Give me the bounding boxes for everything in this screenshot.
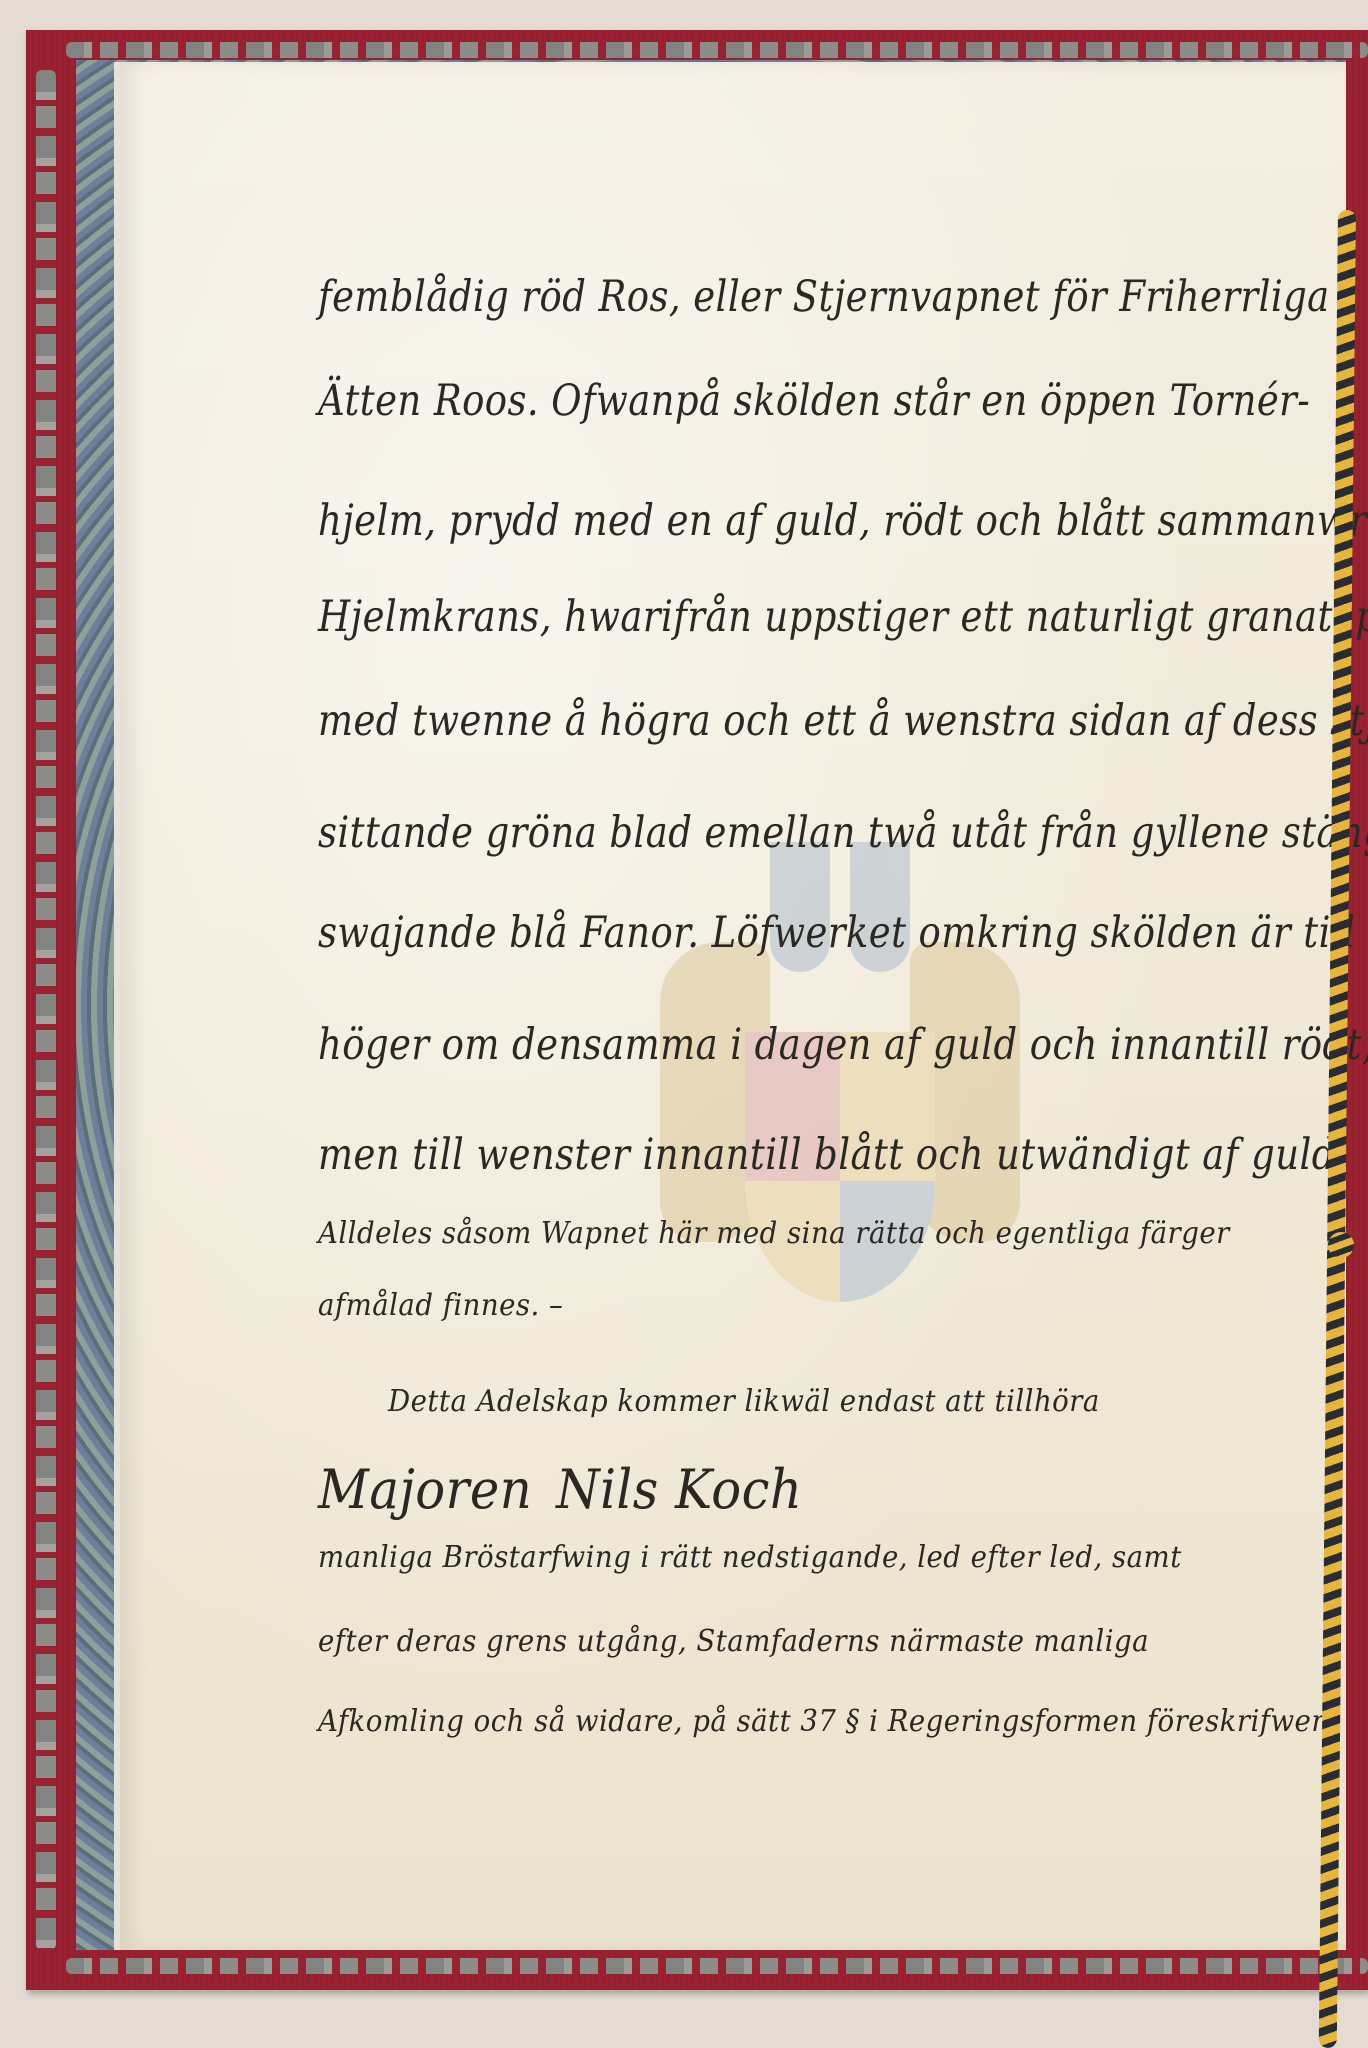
text-line: Detta Adelskap kommer likwäl endast att …	[388, 1384, 1100, 1419]
text-line: efter deras grens utgång, Stamfaderns nä…	[318, 1624, 1149, 1659]
text-line: manliga Bröstarfwing i rätt nedstigande,…	[318, 1540, 1182, 1575]
person-name: Nils Koch	[556, 1458, 802, 1521]
cord-knot	[1328, 1232, 1354, 1258]
title-majoren: Majoren	[318, 1458, 532, 1521]
tooled-border-top	[66, 42, 1368, 58]
vellum-page	[120, 62, 1346, 1950]
tooled-border-bottom	[66, 1958, 1368, 1974]
text-line: hjelm, prydd med en af guld, rödt och bl…	[318, 496, 1368, 546]
text-line: höger om densamma i dagen af guld och in…	[318, 1020, 1368, 1070]
text-line: Ätten Roos. Ofwanpå skölden står en öppe…	[318, 376, 1310, 426]
text-line: afmålad finnes. –	[318, 1288, 563, 1323]
text-line: Hjelmkrans, hwarifrån uppstiger ett natu…	[318, 592, 1368, 642]
text-line: med twenne å högra och ett å wenstra sid…	[318, 696, 1368, 746]
text-line: sittande gröna blad emellan twå utåt frå…	[318, 808, 1368, 858]
text-line: swajande blå Fanor. Löfwerket omkring sk…	[318, 908, 1355, 958]
text-line: femblådig röd Ros, eller Stjernvapnet fö…	[318, 272, 1330, 322]
tooled-border-left	[36, 70, 56, 1950]
text-line: men till wenster innantill blått och utw…	[318, 1130, 1349, 1180]
text-line: Afkomling och så widare, på sätt 37 § i …	[318, 1704, 1331, 1739]
text-line: Alldeles såsom Wapnet här med sina rätta…	[318, 1216, 1230, 1251]
text-line-name: Majoren Nils Koch	[318, 1458, 802, 1521]
